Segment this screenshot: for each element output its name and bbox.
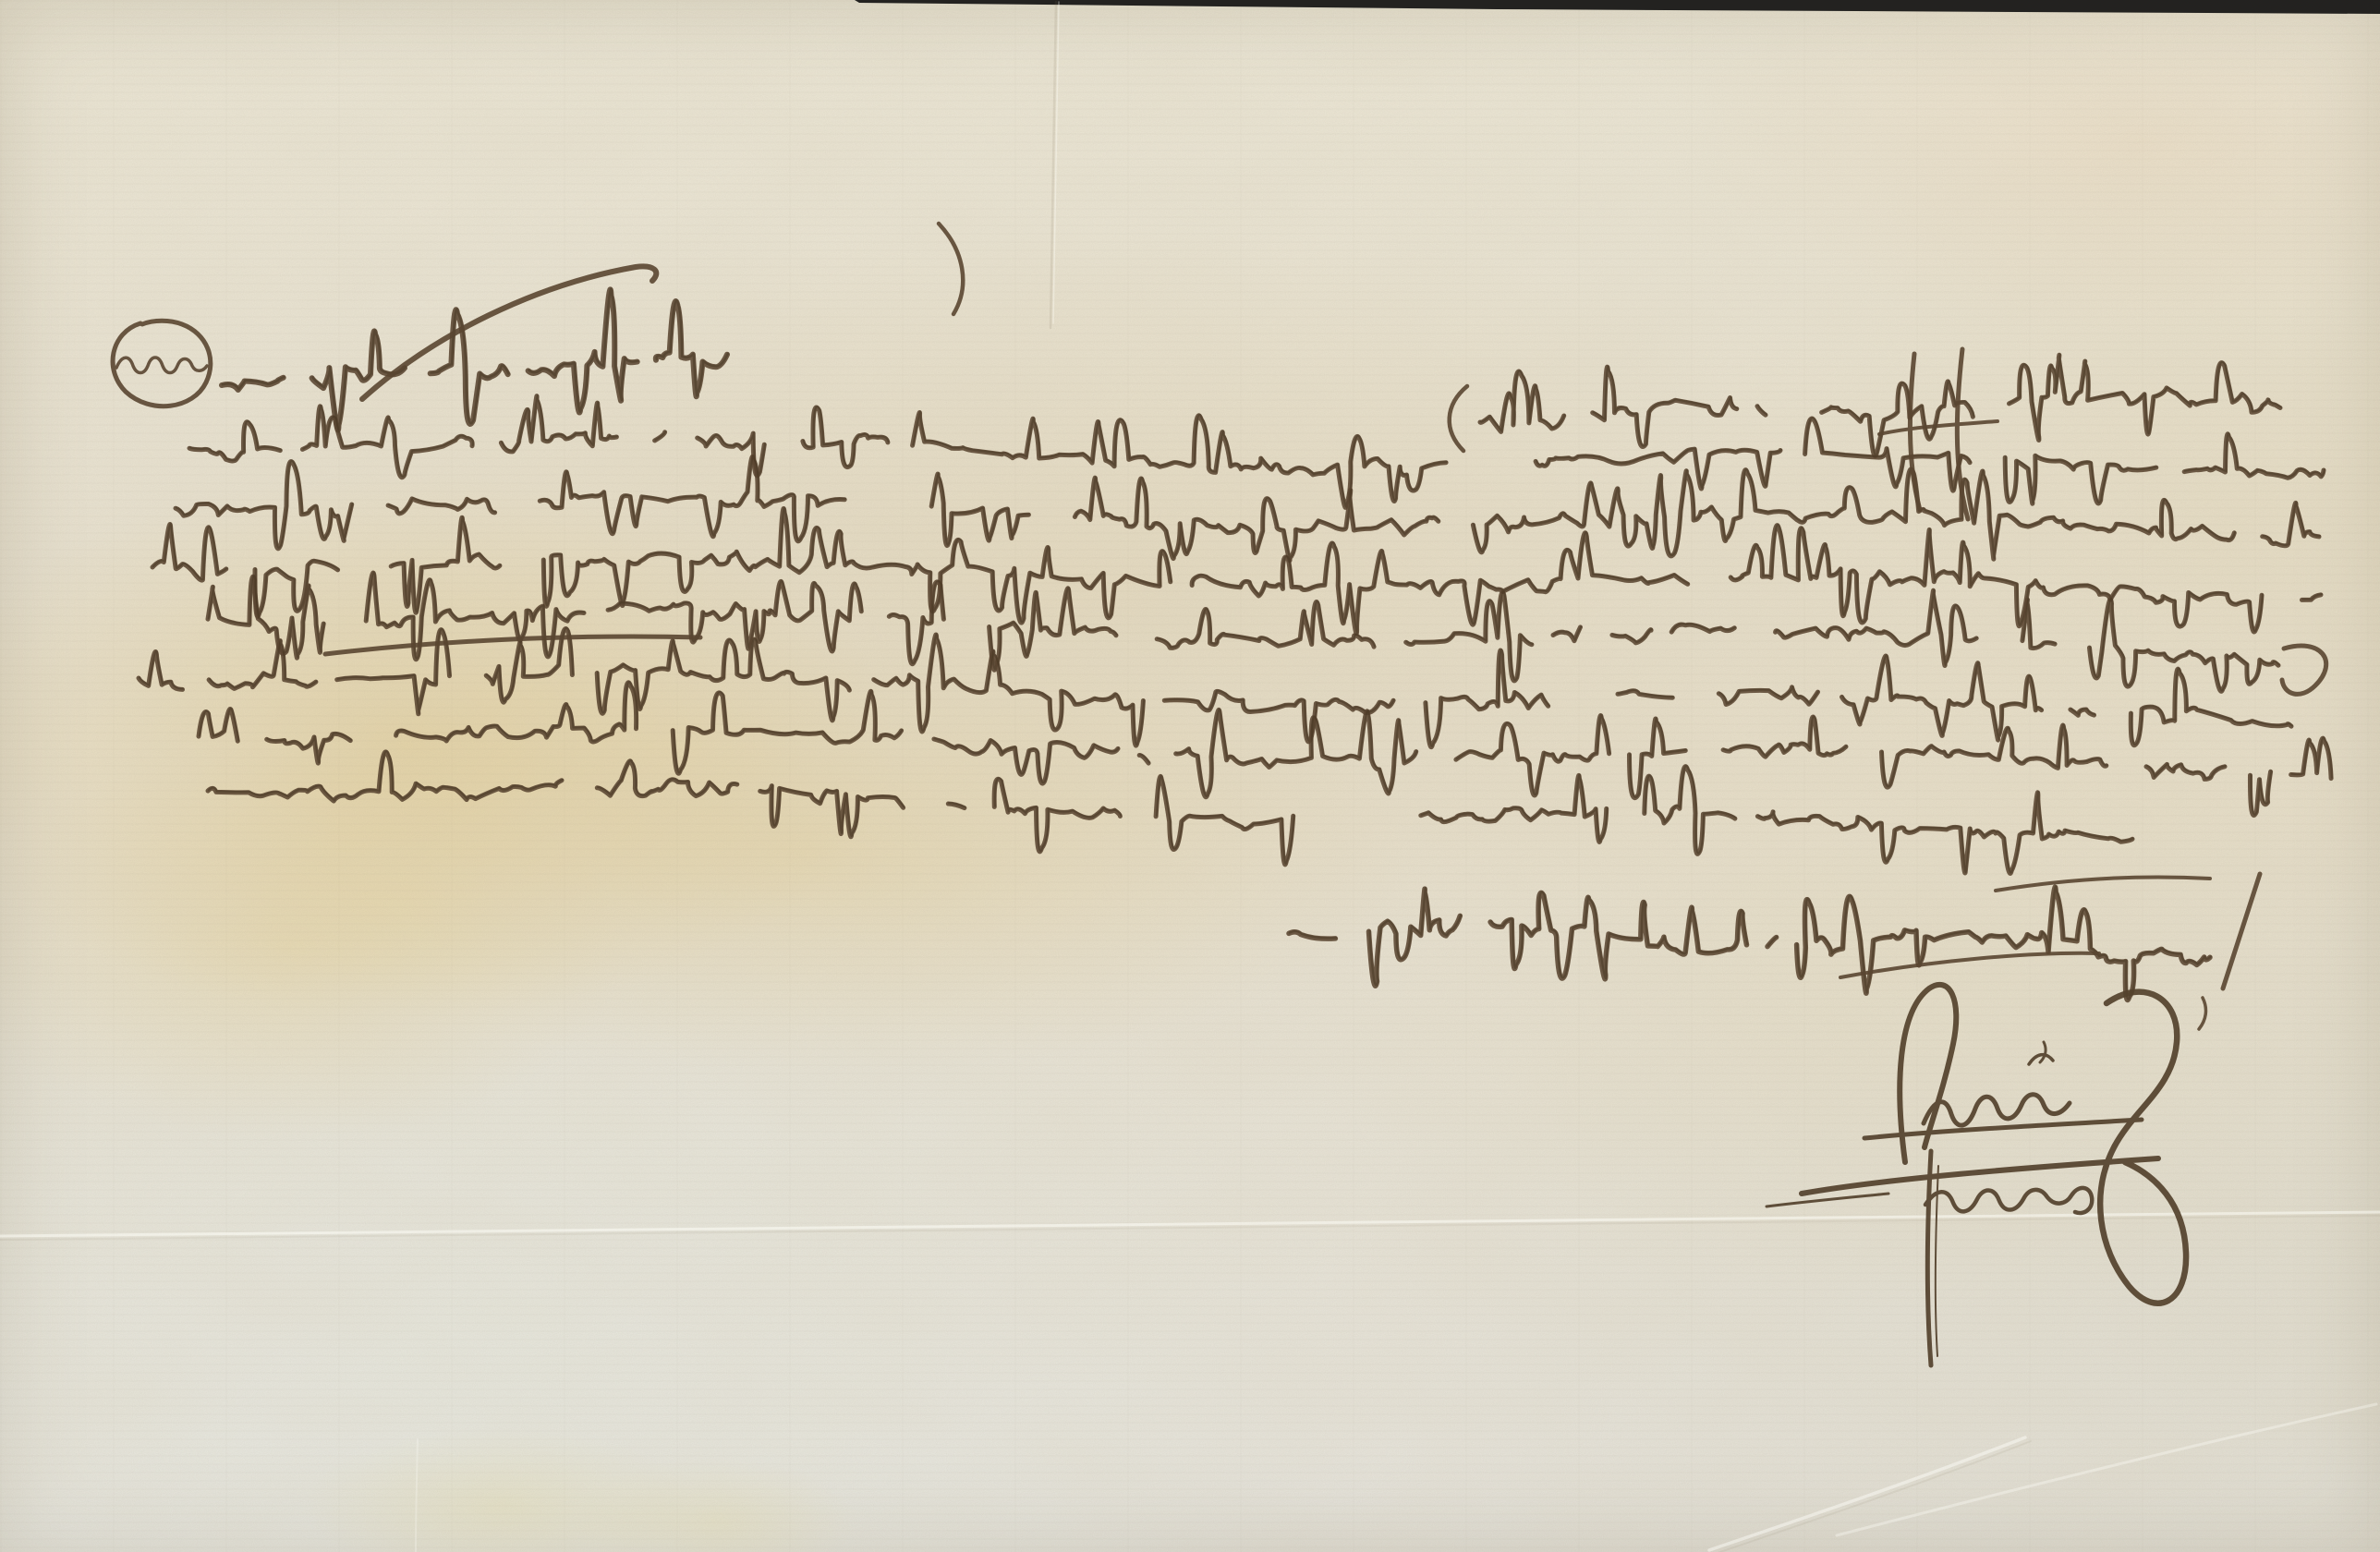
manuscript-page [0,0,2380,1552]
manuscript-artwork [0,0,2380,1552]
paper-grain-texture [0,0,2380,1552]
